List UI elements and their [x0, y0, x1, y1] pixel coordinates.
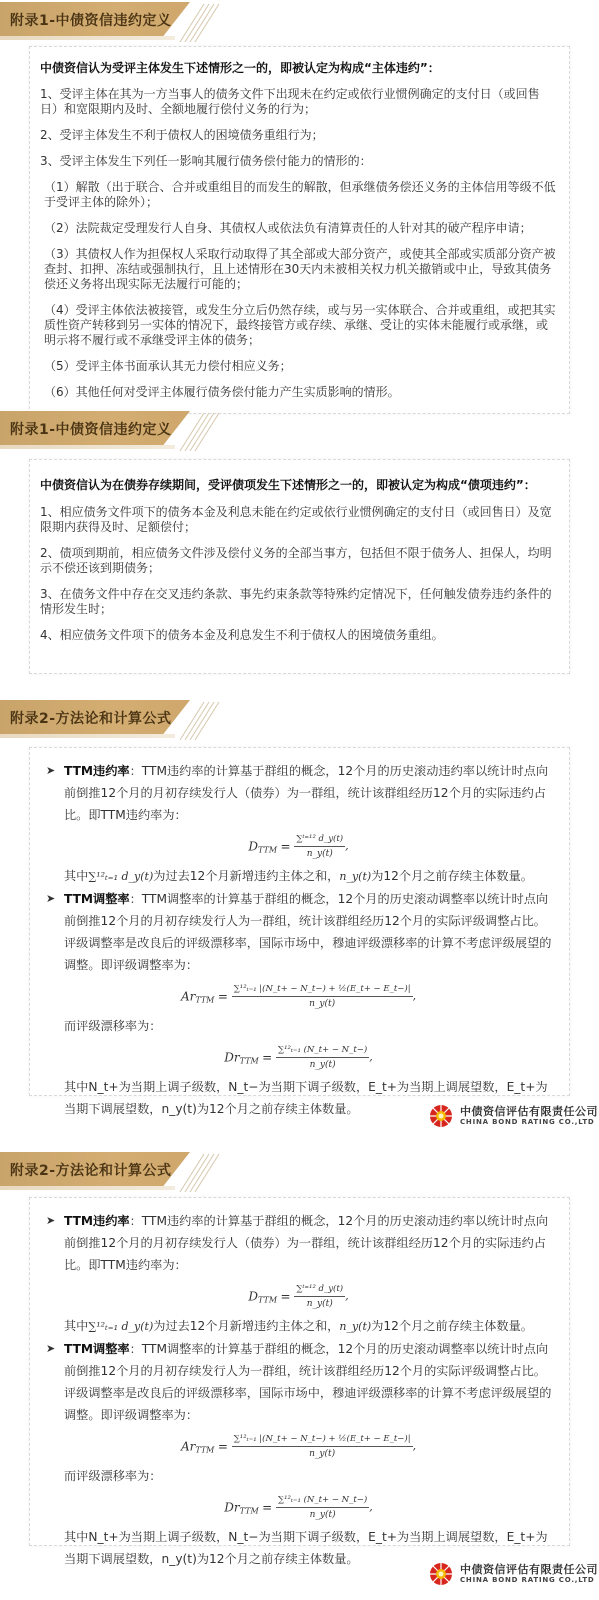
description: ：TTM违约率的计算基于群组的概念，12个月的历史滚动违约率以统计时点向前倒推1… — [64, 1214, 548, 1272]
formula-ar-ttm: ArTTM = ∑¹²ₜ₌₁ |(N_t+ − N_t−) + ½(E_t+ −… — [44, 1432, 553, 1461]
company-logo: 中债资信评估有限责任公司 CHINA BOND RATING CO.,LTD — [427, 1100, 587, 1136]
term: TTM调整率 — [64, 892, 130, 906]
logo-en-name: CHINA BOND RATING CO.,LTD — [460, 1576, 595, 1584]
arrow-bullet-icon: ➤ — [46, 1210, 55, 1232]
section-header-bond-default-definition: 附录1-中债资信违约定义 — [0, 411, 240, 451]
subitem: （5）受评主体书面承认其无力偿付相应义务； — [40, 359, 557, 374]
formula-dr-ttm: DrTTM = ∑¹²ₜ₌₁ (N_t+ − N_t−)n_y(t), — [44, 1043, 553, 1072]
description: ：TTM违约率的计算基于群组的概念，12个月的历史滚动违约率以统计时点向前倒推1… — [64, 764, 548, 822]
item: 3、受评主体发生下列任一影响其履行债务偿付能力的情形的： — [40, 154, 557, 169]
drift-label: 而评级漂移率为： — [44, 1465, 553, 1487]
drift-label: 而评级漂移率为： — [44, 1015, 553, 1037]
logo-cn-name: 中债资信评估有限责任公司 — [460, 1561, 598, 1577]
ttm-default-note: 其中∑¹²ₜ₌₁ d_y(t)为过去12个月新增违约主体之和，n_y(t)为12… — [44, 1315, 553, 1338]
subitem: （2）法院裁定受理发行人自身、其债权人或依法负有清算责任的人针对其的破产程序申请… — [40, 221, 557, 236]
subitem: （6）其他任何对受评主体履行债务偿付能力产生实质影响的情形。 — [40, 385, 557, 400]
item: 1、相应债务文件项下的债务本金及利息未能在约定或依行业惯例确定的支付日（或回售日… — [40, 505, 557, 535]
section-title: 附录1-中债资信违约定义 — [10, 10, 172, 30]
bond-default-panel: 中债资信认为在债券存续期间，受评债项发生下述情形之一的，即被认定为构成“债项违约… — [29, 459, 570, 674]
company-emblem-icon — [427, 1560, 455, 1588]
formula-d-ttm: DTTM = ∑ᵗ⁼¹² d_y(t)n_y(t), — [44, 1282, 553, 1311]
ttm-adjust-bullet: ➤ TTM调整率：TTM调整率的计算基于群组的概念，12个月的历史滚动调整率以统… — [44, 1338, 553, 1426]
formula-ar-ttm: ArTTM = ∑¹²ₜ₌₁ |(N_t+ − N_t−) + ½(E_t+ −… — [44, 982, 553, 1011]
ttm-default-bullet: ➤ TTM违约率：TTM违约率的计算基于群组的概念，12个月的历史滚动违约率以统… — [44, 1210, 553, 1276]
description: ：TTM调整率的计算基于群组的概念，12个月的历史滚动调整率以统计时点向前倒推1… — [64, 1342, 552, 1422]
subitem: （1）解散（出于联合、合并或重组目的而发生的解散，但承继债务偿还义务的主体信用等… — [40, 180, 557, 210]
section-header-default-definition: 附录1-中债资信违约定义 — [0, 2, 240, 42]
lead-text: 中债资信认为在债券存续期间，受评债项发生下述情形之一的，即被认定为构成“债项违约… — [40, 478, 557, 493]
section-header-methodology: 附录2-方法论和计算公式 — [0, 700, 240, 740]
section-title: 附录1-中债资信违约定义 — [10, 419, 172, 439]
description: ：TTM调整率的计算基于群组的概念，12个月的历史滚动调整率以统计时点向前倒推1… — [64, 892, 552, 972]
term: TTM违约率 — [64, 1214, 130, 1228]
arrow-bullet-icon: ➤ — [46, 1338, 55, 1360]
company-logo: 中债资信评估有限责任公司 CHINA BOND RATING CO.,LTD — [427, 1558, 587, 1594]
header-underline — [0, 36, 175, 40]
section-header-methodology-2: 附录2-方法论和计算公式 — [0, 1152, 240, 1192]
logo-en-name: CHINA BOND RATING CO.,LTD — [460, 1118, 595, 1126]
item: 1、受评主体在其为一方当事人的债务文件下出现未在约定或依行业惯例确定的支付日（或… — [40, 87, 557, 117]
methodology-panel-2: ➤ TTM违约率：TTM违约率的计算基于群组的概念，12个月的历史滚动违约率以统… — [29, 1197, 570, 1546]
subitem: （3）其债权人作为担保权人采取行动取得了其全部或大部分资产，或使其全部或实质部分… — [40, 247, 557, 292]
ttm-default-bullet: ➤ TTM违约率：TTM违约率的计算基于群组的概念，12个月的历史滚动违约率以统… — [44, 760, 553, 826]
ttm-default-note: 其中∑¹²ₜ₌₁ d_y(t)为过去12个月新增违约主体之和，n_y(t)为12… — [44, 865, 553, 888]
company-emblem-icon — [427, 1102, 455, 1130]
logo-cn-name: 中债资信评估有限责任公司 — [460, 1103, 598, 1119]
header-underline — [0, 1186, 175, 1190]
ttm-adjust-bullet: ➤ TTM调整率：TTM调整率的计算基于群组的概念，12个月的历史滚动调整率以统… — [44, 888, 553, 976]
formula-dr-ttm: DrTTM = ∑¹²ₜ₌₁ (N_t+ − N_t−)n_y(t), — [44, 1493, 553, 1522]
item: 3、在债务文件中存在交叉违约条款、事先约束条款等特殊约定情况下，任何触发债券违约… — [40, 587, 557, 617]
arrow-bullet-icon: ➤ — [46, 888, 55, 910]
term: TTM违约率 — [64, 764, 130, 778]
term: TTM调整率 — [64, 1342, 130, 1356]
formula-d-ttm: DTTM = ∑ᵗ⁼¹² d_y(t)n_y(t), — [44, 832, 553, 861]
item: 4、相应债务文件项下的债务本金及利息发生不利于债权人的困境债务重组。 — [40, 628, 557, 643]
section-title: 附录2-方法论和计算公式 — [10, 708, 172, 728]
arrow-bullet-icon: ➤ — [46, 760, 55, 782]
section-title: 附录2-方法论和计算公式 — [10, 1160, 172, 1180]
subitem: （4）受评主体依法被接管，或发生分立后仍然存续，或与另一实体联合、合并或重组，或… — [40, 303, 557, 348]
methodology-panel: ➤ TTM违约率：TTM违约率的计算基于群组的概念，12个月的历史滚动违约率以统… — [29, 747, 570, 1096]
lead-text: 中债资信认为受评主体发生下述情形之一的，即被认定为构成“主体违约”： — [40, 61, 557, 76]
header-underline — [0, 445, 175, 449]
header-underline — [0, 734, 175, 738]
item: 2、债项到期前，相应债务文件涉及偿付义务的全部当事方，包括但不限于债务人、担保人… — [40, 546, 557, 576]
item: 2、受评主体发生不利于债权人的困境债务重组行为； — [40, 128, 557, 143]
issuer-default-panel: 中债资信认为受评主体发生下述情形之一的，即被认定为构成“主体违约”： 1、受评主… — [29, 46, 570, 414]
